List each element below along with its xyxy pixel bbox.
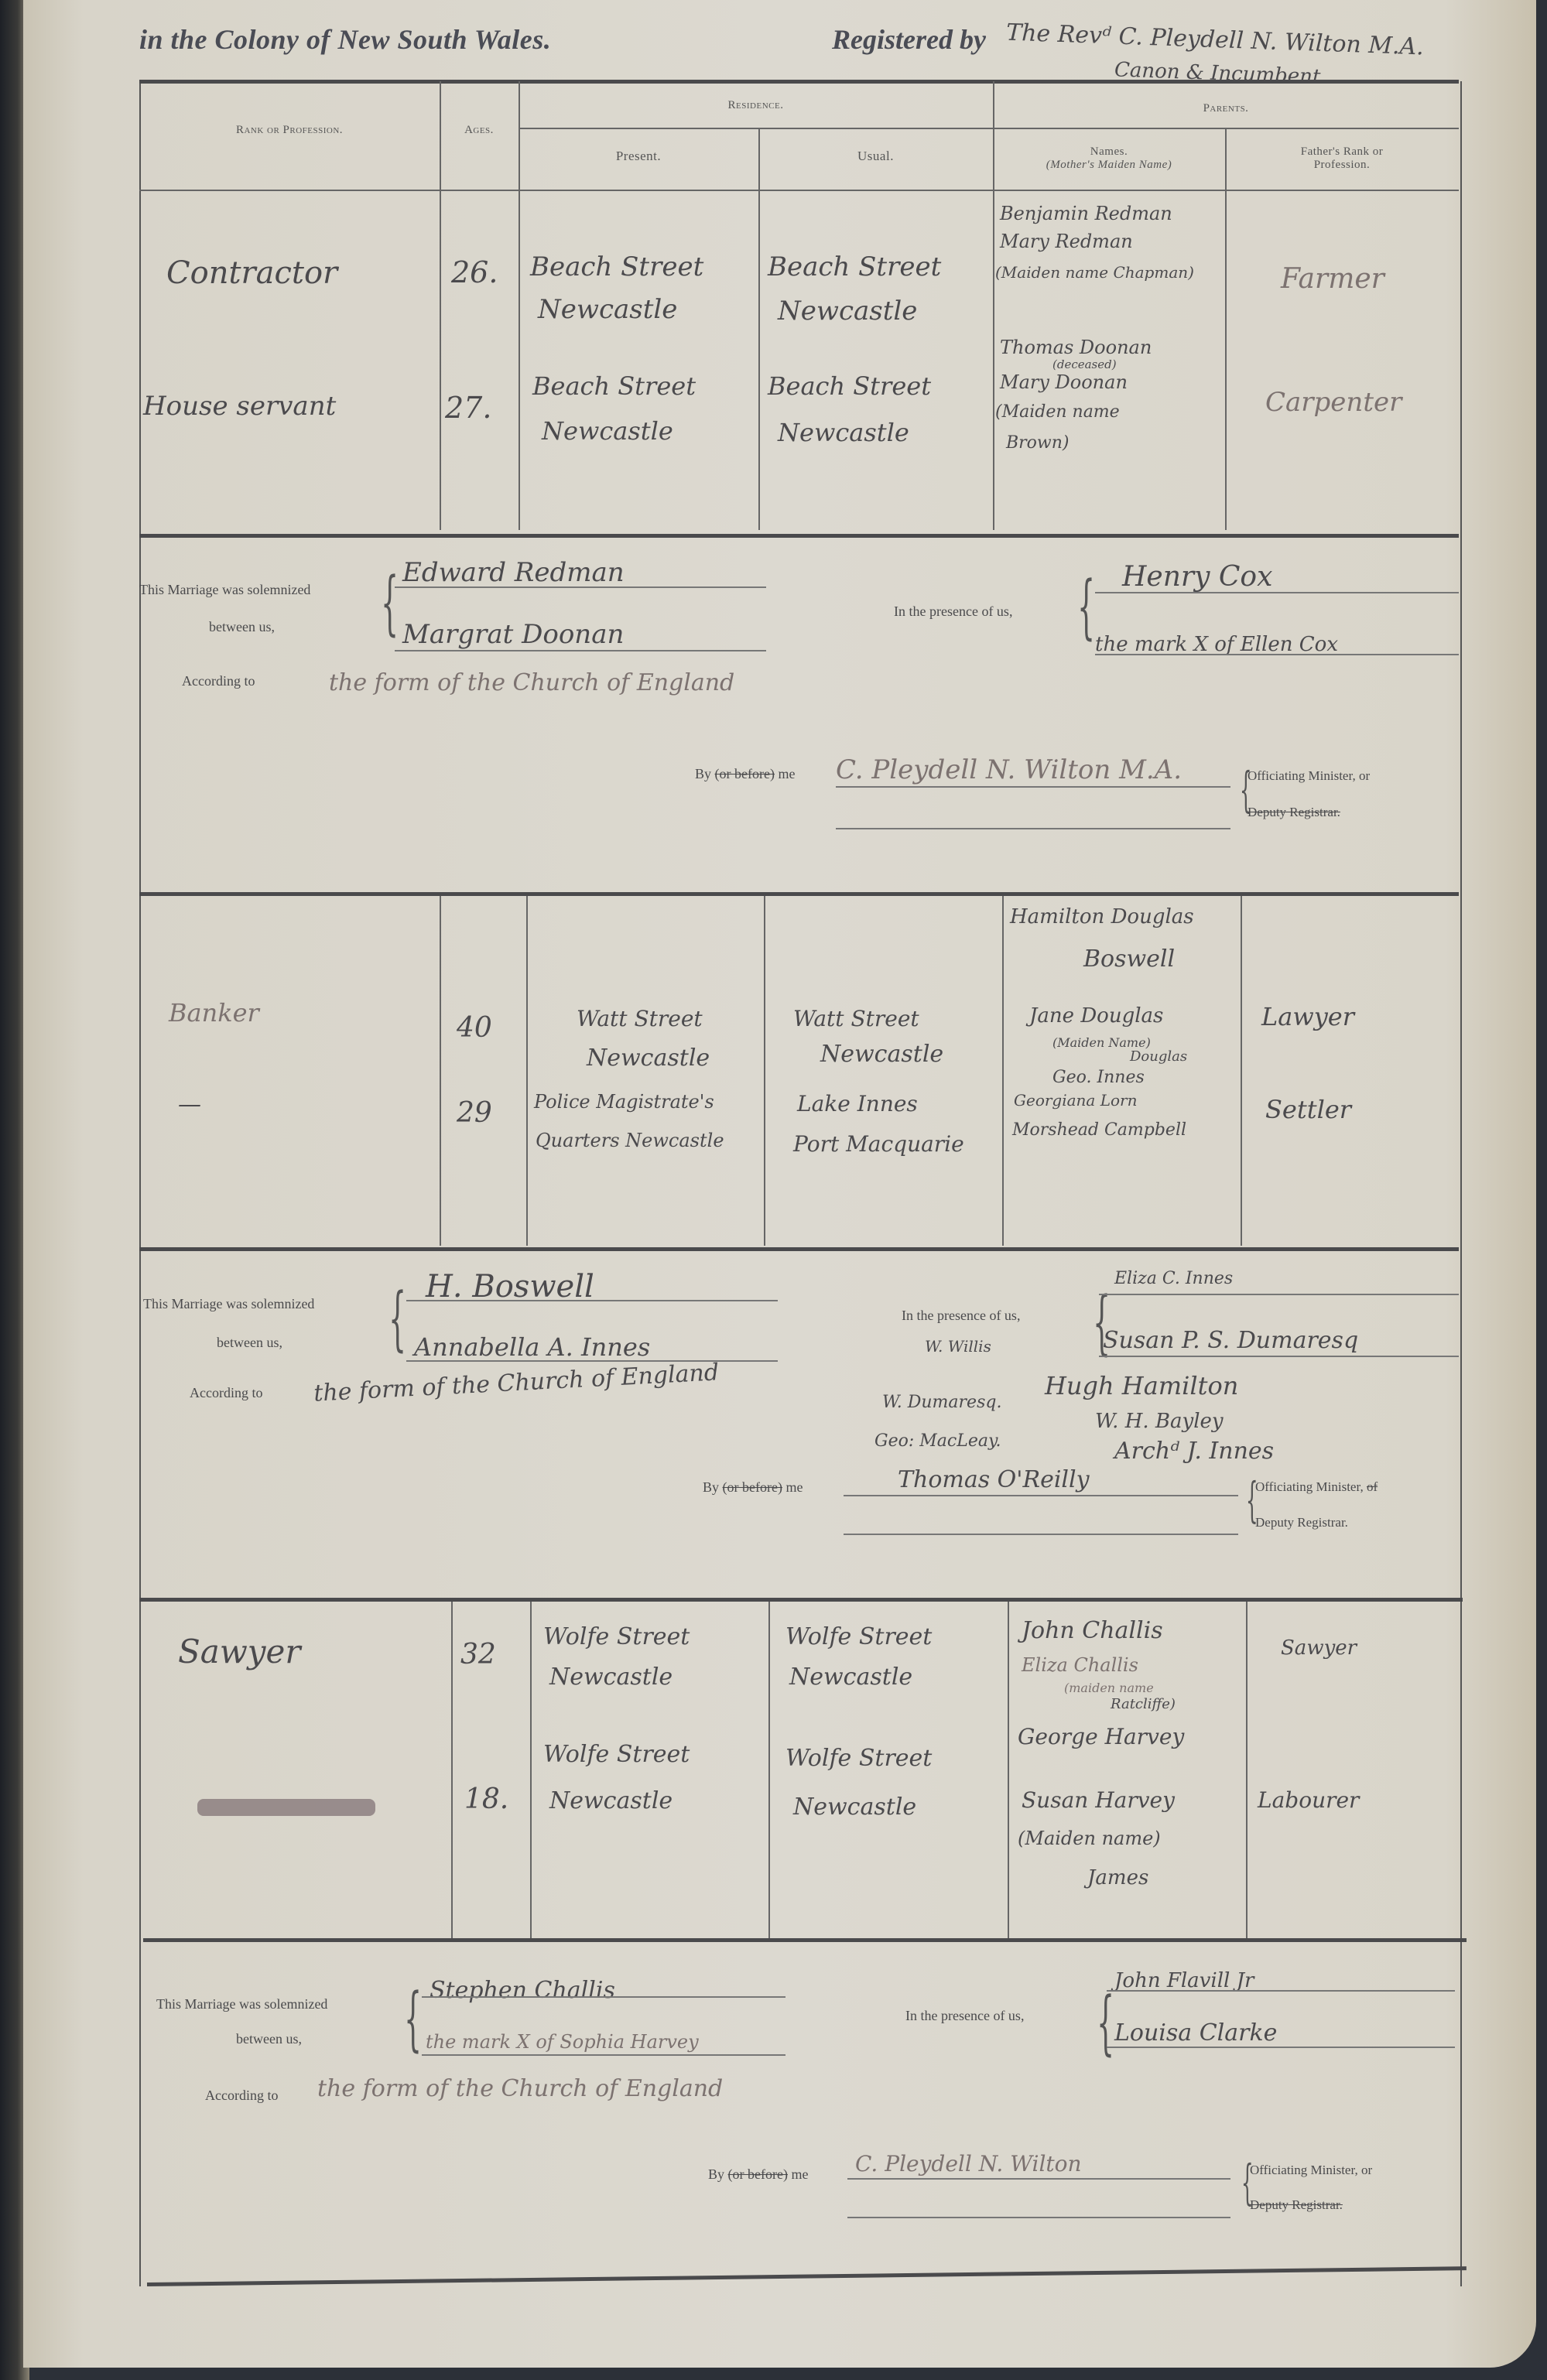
entry1-bride-parents-3: (Maiden name [995, 402, 1120, 422]
entry2-solemnized-label: This Marriage was solemnized [143, 1296, 314, 1312]
entry1-witness-1-line [1095, 592, 1459, 593]
entry1-bride-parents-1: Thomas Doonan [1000, 337, 1152, 358]
by-text: By [708, 2166, 724, 2182]
entry2-bride-age: 29 [457, 1097, 492, 1129]
entry2-groom-parents-5: Douglas [1130, 1048, 1187, 1065]
entry3-between-label: between us, [236, 2031, 302, 2047]
entry1-deputy-label: Deputy Registrar. [1248, 805, 1340, 820]
entry2-groom-parents-3: Jane Douglas [1029, 1004, 1163, 1028]
entry2-witness-side-3: Geo: MacLeay. [874, 1431, 1001, 1451]
entry2-bride-present-1: Police Magistrate's [534, 1091, 714, 1113]
entry1-according-label: According to [182, 673, 255, 689]
entry3-bride-father-rank: Labourer [1258, 1787, 1359, 1813]
entry1-brace-couple: { [381, 569, 399, 638]
entry3-bride-usual-2: Newcastle [793, 1794, 916, 1821]
col-divider-names [1225, 128, 1227, 530]
register-table [139, 81, 1462, 2286]
entry2-witness-4: W. H. Bayley [1095, 1410, 1224, 1433]
e3-col-present [768, 1602, 770, 1938]
col-parents: Parents. [993, 102, 1459, 115]
entry1-bride-present-1: Beach Street [532, 371, 696, 401]
entry3-presence-label: In the presence of us, [905, 2008, 1024, 2024]
entry2-by-label: By (or before) me [703, 1479, 803, 1496]
entry2-witness-side-1: W. Willis [925, 1337, 991, 1356]
entry2-officiating-label: Officiating Minister, of [1255, 1479, 1378, 1495]
entry2-groom-present-1: Watt Street [577, 1006, 703, 1031]
entry3-bride-parents-3: (Maiden name) [1018, 1828, 1161, 1849]
entry2-groom-sigline [406, 1300, 778, 1301]
e3-col-rank [451, 1602, 453, 1938]
entry2-brace-couple: { [388, 1284, 406, 1354]
entry1-bride-parents-note: (deceased) [1052, 357, 1117, 371]
entry1-minister-line [836, 786, 1230, 788]
col-names: Names. (Mother's Maiden Name) [993, 145, 1225, 172]
entry2-bride-parents-1: Geo. Innes [1052, 1068, 1145, 1087]
entry1-presence-label: In the presence of us, [894, 604, 1012, 620]
entry3-sol-divider [143, 1938, 1467, 1942]
entry3-deputy-label: Deputy Registrar. [1250, 2197, 1343, 2213]
entry1-witness-2: the mark X of Ellen Cox [1095, 633, 1338, 656]
entry3-groom-present-1: Wolfe Street [543, 1623, 690, 1650]
entry3-bride-sigline [422, 2054, 785, 2056]
by-text: By [703, 1479, 719, 1495]
entry2-witness-2-line [1099, 1356, 1459, 1357]
entry1-witness-2-line [1095, 654, 1459, 655]
entry1-bride-parents-2: Mary Doonan [1000, 371, 1128, 393]
entry1-brace-witnesses: { [1077, 573, 1095, 642]
entry2-bride-sigline [406, 1360, 778, 1362]
entry1-bride-signature: Margrat Doonan [402, 619, 624, 650]
entry2-according-label: According to [190, 1385, 262, 1401]
entry3-witness-1-line [1107, 1990, 1455, 1992]
entry3-witness-2-line [1107, 2047, 1455, 2048]
entry2-witness-2: Susan P. S. Dumaresq [1103, 1327, 1358, 1354]
entry1-bride-usual-2: Newcastle [778, 418, 909, 447]
entry2-sol-divider [139, 1247, 1459, 1251]
entry2-bride-present-2: Quarters Newcastle [536, 1130, 724, 1151]
col-father-rank: Father's Rank or Profession. [1225, 145, 1459, 172]
col-divider-present [758, 128, 760, 530]
entry2-between-label: between us, [217, 1335, 282, 1351]
entry3-according-value: the form of the Church of England [317, 2075, 723, 2102]
entry3-groom-present-2: Newcastle [549, 1664, 673, 1691]
entry3-according-label: According to [205, 2088, 278, 2104]
me-text: me [778, 766, 795, 781]
col-ages: Ages. [440, 124, 519, 137]
entry1-groom-age: 26. [451, 255, 498, 289]
entry1-bride-present-2: Newcastle [542, 416, 673, 446]
entry2-groom-father-rank: Lawyer [1261, 1002, 1354, 1031]
entry2-deputy-label: Deputy Registrar. [1255, 1515, 1348, 1530]
entry3-bride-usual-1: Wolfe Street [785, 1745, 932, 1772]
e3-col-usual [1008, 1602, 1009, 1938]
entry2-divider [139, 892, 1459, 896]
e2-col-names [1241, 896, 1242, 1246]
entry2-minister-line-2 [844, 1534, 1238, 1535]
col-rank: Rank or Profession. [139, 124, 440, 137]
entry2-bride-usual-2: Port Macquarie [793, 1131, 964, 1157]
entry1-witness-1: Henry Cox [1122, 561, 1272, 593]
entry1-groom-parents-2: Mary Redman [1000, 231, 1133, 252]
entry3-bride-present-2: Newcastle [549, 1787, 673, 1814]
entry3-witness-1: John Flavill Jr [1114, 1969, 1254, 1992]
entry1-bride-age: 27. [445, 391, 491, 425]
entry1-groom-usual-1: Beach Street [768, 251, 941, 282]
entry2-groom-parents-2: Boswell [1083, 946, 1175, 973]
entry2-groom-parents-1: Hamilton Douglas [1010, 905, 1194, 928]
entry3-divider [139, 1598, 1463, 1602]
or-before-text: (or before) [723, 1479, 782, 1495]
entry2-groom-present-2: Newcastle [587, 1045, 710, 1072]
entry1-minister-signature: C. Pleydell N. Wilton M.A. [836, 754, 1182, 785]
col-father-rank-1: Father's Rank or [1225, 145, 1459, 159]
entry2-presence-label: In the presence of us, [902, 1308, 1020, 1324]
col-residence: Residence. [519, 99, 993, 112]
entry3-groom-parents-1: John Challis [1022, 1617, 1163, 1644]
entry3-bride-signature: the mark X of Sophia Harvey [426, 2031, 699, 2053]
entry1-minister-line-2 [836, 828, 1230, 829]
entry1-groom-signature: Edward Redman [402, 557, 625, 588]
entry1-groom-usual-2: Newcastle [778, 296, 917, 327]
entry2-bride-usual-1: Lake Innes [797, 1091, 918, 1116]
entry3-minister-line [847, 2178, 1230, 2180]
col-names-label: Names. [993, 145, 1225, 159]
entry1-groom-present-2: Newcastle [538, 294, 677, 325]
col-usual: Usual. [758, 149, 993, 164]
entry1-bride-father-rank: Carpenter [1265, 387, 1402, 418]
entry1-by-label: By (or before) me [695, 766, 795, 782]
entry1-groom-father-rank: Farmer [1281, 263, 1384, 295]
entry1-solemnized-label: This Marriage was solemnized [139, 582, 310, 598]
entry3-groom-usual-2: Newcastle [789, 1664, 912, 1691]
e2-col-present [764, 896, 765, 1246]
entry2-witness-3: Hugh Hamilton [1045, 1371, 1238, 1400]
me-text: me [785, 1479, 803, 1495]
register-page: in the Colony of New South Wales. Regist… [23, 0, 1536, 2368]
entry1-between-label: between us, [209, 619, 275, 635]
entry3-witness-2: Louisa Clarke [1114, 2019, 1277, 2047]
entry3-solemnized-label: This Marriage was solemnized [156, 1996, 327, 2012]
table-top-rule [139, 80, 1459, 84]
entry1-bride-sigline [395, 650, 766, 651]
header-bottom-rule [139, 190, 1459, 191]
col-present: Present. [519, 149, 758, 164]
entry3-bride-rank-struck [197, 1799, 375, 1816]
entry2-groom-usual-2: Newcastle [820, 1041, 943, 1068]
entry1-bride-rank: House servant [143, 391, 336, 422]
e2-col-rank [440, 896, 441, 1246]
entry3-by-label: By (or before) me [708, 2166, 808, 2183]
entry3-groom-parents-2: Eliza Challis [1022, 1654, 1138, 1676]
entry3-bride-present-1: Wolfe Street [543, 1741, 690, 1768]
or-before-text: (or before) [715, 766, 775, 781]
entry3-groom-signature: Stephen Challis [430, 1977, 615, 2004]
entry2-groom-usual-1: Watt Street [793, 1006, 919, 1031]
entry2-witness-1-line [1099, 1294, 1459, 1295]
entry3-groom-parents-4: Ratcliffe) [1111, 1696, 1176, 1712]
entry3-groom-rank: Sawyer [178, 1633, 300, 1670]
entry2-bride-parents-2: Georgiana Lorn [1014, 1091, 1137, 1110]
parents-subrule [994, 128, 1459, 129]
entry2-minister-line [844, 1495, 1238, 1496]
entry2-bride-rank: — [178, 1091, 201, 1118]
entry1-according-value: the form of the Church of England [329, 669, 734, 696]
entry3-minister-signature: C. Pleydell N. Wilton [855, 2151, 1082, 2177]
entry3-bride-parents-4: James [1087, 1866, 1148, 1889]
entry3-groom-father-rank: Sawyer [1281, 1636, 1357, 1660]
residence-subrule [520, 128, 994, 129]
entry3-bride-parents-1: George Harvey [1018, 1724, 1184, 1749]
colony-heading: in the Colony of New South Wales. [139, 23, 551, 56]
registered-by-label: Registered by [832, 23, 986, 56]
entry1-groom-present-1: Beach Street [530, 251, 703, 282]
entry2-bride-parents-3: Morshead Campbell [1012, 1120, 1186, 1140]
entry2-witness-5: Archᵈ J. Innes [1114, 1438, 1274, 1465]
entry1-groom-parents-1: Benjamin Redman [1000, 203, 1172, 224]
entry1-divider [139, 534, 1459, 538]
entry3-groom-sigline [422, 1996, 785, 1998]
entry1-groom-sigline [395, 586, 766, 588]
entry2-witness-side-2: W. Dumaresq. [882, 1393, 1001, 1412]
registrar-name: The Revᵈ C. Pleydell N. Wilton M.A. [1006, 19, 1425, 61]
entry3-brace-couple: { [404, 1985, 422, 2054]
entry3-groom-parents-3: (maiden name [1064, 1681, 1154, 1695]
entry2-bride-father-rank: Settler [1265, 1095, 1351, 1124]
entry3-minister-line-2 [847, 2217, 1230, 2218]
entry2-witness-1: Eliza C. Innes [1114, 1269, 1233, 1288]
e2-col-ages [526, 896, 528, 1246]
entry2-bride-signature: Annabella A. Innes [414, 1332, 650, 1362]
entry2-groom-age: 40 [457, 1012, 492, 1044]
col-divider-rank [440, 81, 441, 530]
e2-col-usual [1002, 896, 1004, 1246]
entry3-bride-age: 18. [464, 1783, 508, 1815]
entry3-groom-age: 32 [460, 1639, 496, 1670]
entry3-groom-usual-1: Wolfe Street [785, 1623, 932, 1650]
col-father-rank-2: Profession. [1225, 159, 1459, 172]
entry1-groom-rank: Contractor [166, 255, 337, 291]
e3-col-ages [530, 1602, 532, 1938]
col-names-sub: (Mother's Maiden Name) [993, 159, 1225, 172]
entry1-bride-usual-1: Beach Street [768, 371, 931, 401]
entry1-bride-parents-4: Brown) [1006, 433, 1070, 453]
entry3-officiating-label: Officiating Minister, or [1250, 2163, 1372, 2178]
entry2-groom-rank: Banker [169, 998, 259, 1028]
me-text: me [791, 2166, 808, 2182]
entry2-minister-signature: Thomas O'Reilly [898, 1466, 1090, 1493]
entry1-groom-parents-3: (Maiden name Chapman) [995, 263, 1194, 282]
or-before-text: (or before) [728, 2166, 788, 2182]
entry3-bride-parents-2: Susan Harvey [1022, 1787, 1175, 1813]
entry1-officiating-label: Officiating Minister, or [1248, 768, 1370, 784]
e3-col-names [1246, 1602, 1248, 1938]
by-text: By [695, 766, 711, 781]
